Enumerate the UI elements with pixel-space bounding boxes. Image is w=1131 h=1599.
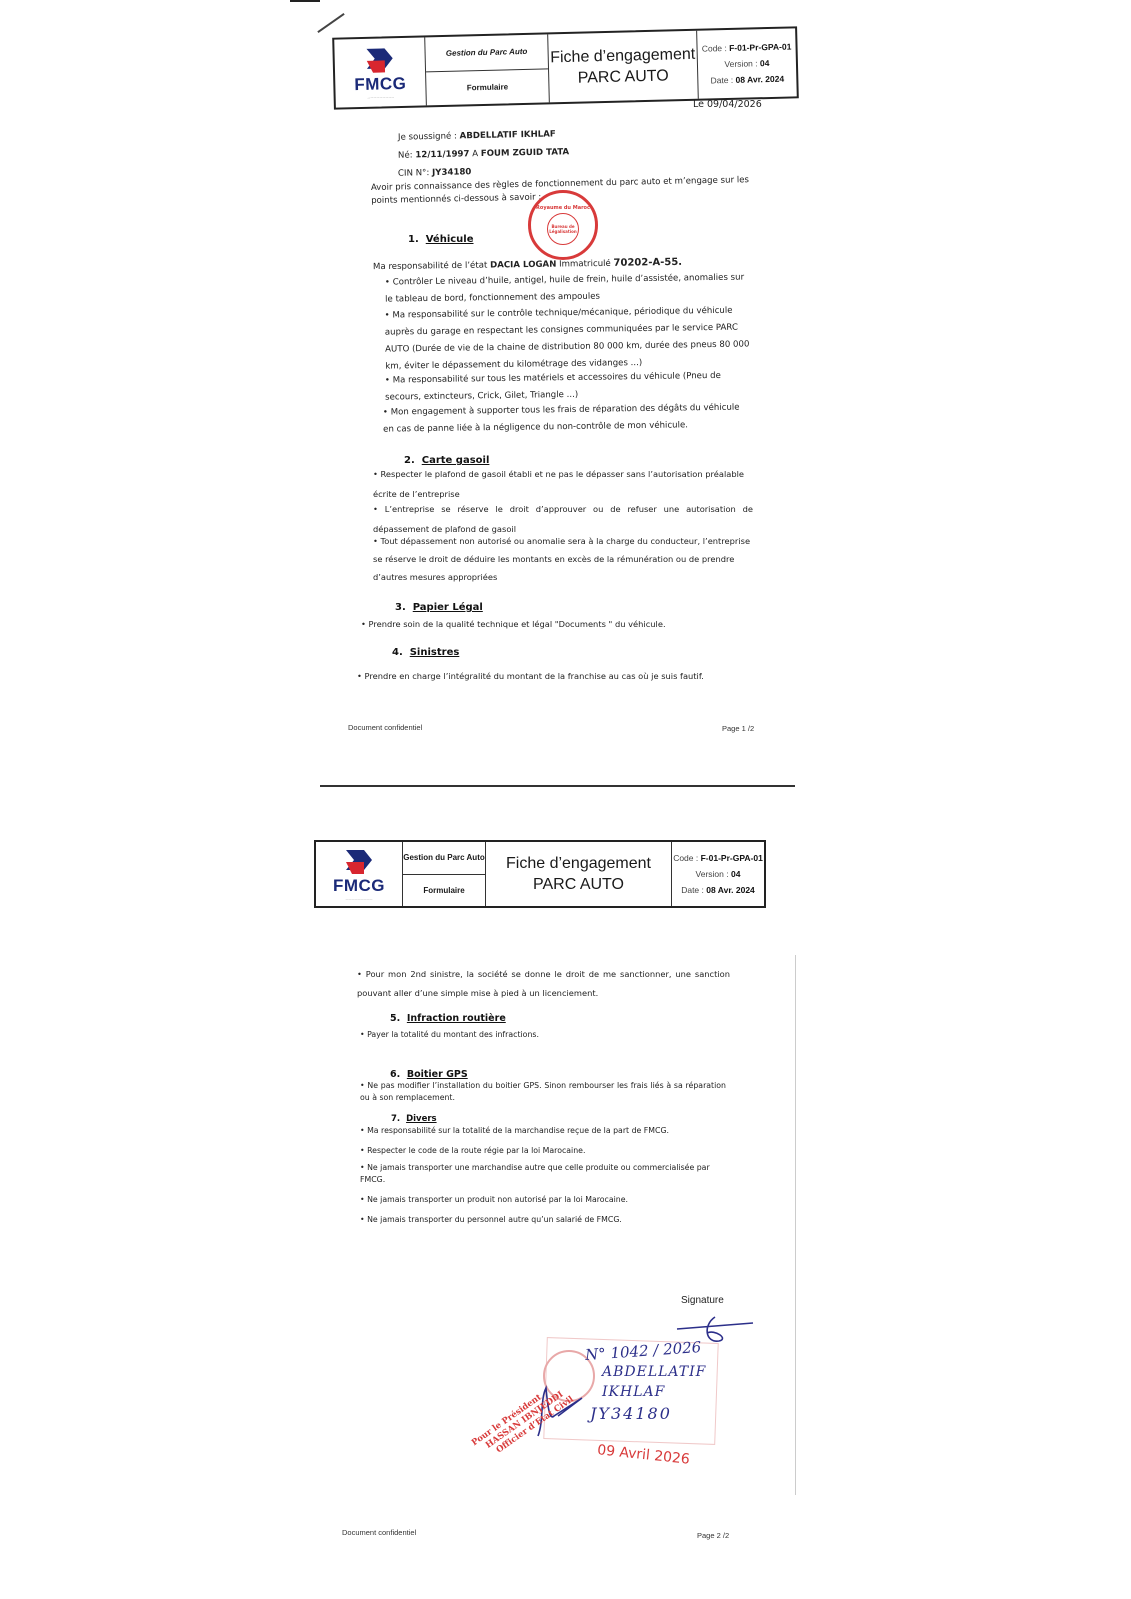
name-label: Je soussigné : <box>398 131 457 142</box>
section-5-bullet: Payer la totalité du montant des infract… <box>360 1026 740 1043</box>
company-logo: FMCG ————————— <box>316 842 403 906</box>
section-6-bullet: Ne pas modifier l’installation du boitie… <box>360 1080 726 1104</box>
section-label: Infraction routière <box>407 1013 506 1024</box>
section-1-bullet: Mon engagement à supporter tous les frai… <box>383 399 753 438</box>
footer-confidential: Document confidentiel <box>348 723 422 732</box>
title-line-1: Fiche d’engagement <box>550 44 695 69</box>
vehicle-model: DACIA LOGAN <box>490 260 556 271</box>
section-7-bullet: Ma responsabilité sur la totalité de la … <box>360 1122 740 1139</box>
section-7-bullet: Ne jamais transporter du personnel autre… <box>360 1211 740 1228</box>
handwritten-cin: JY34180 <box>590 1404 672 1423</box>
logo-text: FMCG <box>333 876 385 896</box>
footer-page-number: Page 2 /2 <box>697 1531 729 1540</box>
vehicle-prefix: Ma responsabilité de l’état <box>373 261 487 273</box>
section-4-bullet: Prendre en charge l’intégralité du monta… <box>357 668 767 685</box>
handwritten-name-1: ABDELLATIF <box>602 1364 706 1380</box>
date-label: Date : <box>710 75 733 86</box>
section-3-title: 3. Papier Légal <box>395 602 483 613</box>
handwritten-name-2: IKHLAF <box>602 1384 665 1400</box>
title-line-2: PARC AUTO <box>533 874 624 895</box>
legalisation-stamp: Royaume du Maroc Bureau de Légalisation <box>528 190 598 260</box>
footer-confidential: Document confidentiel <box>342 1528 416 1537</box>
section-label: Papier Légal <box>413 602 483 613</box>
section-label: Boitier GPS <box>407 1069 468 1080</box>
continuation-bullet: Pour mon 2nd sinistre, la société se don… <box>357 965 730 1003</box>
header-department: Gestion du Parc Auto <box>425 34 548 71</box>
section-number: 1. <box>408 234 419 245</box>
section-number: 6. <box>390 1069 400 1080</box>
cin-label: CIN N°: <box>398 168 430 179</box>
section-1-title: 1. Véhicule <box>408 234 474 245</box>
section-2-bullet: Respecter le plafond de gasoil établi et… <box>373 464 753 504</box>
footer-page-number: Page 1 /2 <box>722 724 754 733</box>
scan-mark <box>317 13 344 33</box>
date-value: 08 Avr. 2024 <box>735 74 784 85</box>
date-label: Date : <box>681 885 704 895</box>
scan-edge-right <box>795 955 796 1495</box>
section-number: 4. <box>392 647 403 658</box>
section-7-bullet: Ne jamais transporter une marchandise au… <box>360 1162 730 1186</box>
scan-edge-top <box>290 0 320 2</box>
section-5-title: 5. Infraction routière <box>390 1013 506 1024</box>
title-line-1: Fiche d’engagement <box>506 853 651 874</box>
vehicle-plate: 70202-A-55. <box>613 257 682 269</box>
code-label: Code : <box>673 853 698 863</box>
logo-arrow-icon <box>362 46 397 75</box>
section-4-title: 4. Sinistres <box>392 647 459 658</box>
document-title: Fiche d’engagement PARC AUTO <box>486 842 672 906</box>
header-department: Gestion du Parc Auto <box>403 842 485 875</box>
code-value: F-01-Pr-GPA-01 <box>729 41 791 53</box>
birth-sep: A <box>472 149 478 159</box>
code-label: Code : <box>702 43 727 54</box>
section-7-bullet: Ne jamais transporter un produit non aut… <box>360 1191 740 1208</box>
section-number: 5. <box>390 1013 400 1024</box>
stamp-inner-text: Bureau de Légalisation <box>548 224 578 234</box>
document-date: Le 09/04/2026 <box>693 96 762 113</box>
logo-tagline: ————————— <box>346 897 373 901</box>
identity-name: Je soussigné : ABDELLATIF IKHLAF <box>398 126 556 146</box>
version-value: 04 <box>731 869 740 879</box>
section-2-bullet: Tout dépassement non autorisé ou anomali… <box>373 532 755 586</box>
document-header: FMCG ————————— Gestion du Parc Auto Form… <box>314 840 766 908</box>
logo-arrow-icon <box>342 848 376 876</box>
document-meta: Code : F-01-Pr-GPA-01 Version : 04 Date … <box>672 842 764 906</box>
vehicle-middle: Immatriculé <box>559 259 611 270</box>
birth-place: FOUM ZGUID TATA <box>481 147 570 159</box>
signature-label: Signature <box>681 1292 724 1309</box>
version-value: 04 <box>760 58 770 68</box>
section-3-bullet: Prendre soin de la qualité technique et … <box>361 616 761 633</box>
section-1-bullet: Ma responsabilité sur le contrôle techni… <box>385 302 754 375</box>
section-7-bullet: Respecter le code de la route régie par … <box>360 1142 740 1159</box>
code-value: F-01-Pr-GPA-01 <box>701 853 763 863</box>
version-label: Version : <box>696 869 729 879</box>
cin-value: JY34180 <box>432 167 472 178</box>
header-form-type: Formulaire <box>426 69 549 105</box>
logo-text: FMCG <box>354 73 407 94</box>
section-6-title: 6. Boitier GPS <box>390 1069 468 1080</box>
section-label: Sinistres <box>410 647 460 658</box>
page-separator <box>320 785 795 787</box>
title-line-2: PARC AUTO <box>577 65 668 88</box>
identity-birth: Né: 12/11/1997 A FOUM ZGUID TATA <box>398 144 569 165</box>
logo-tagline: ————————— <box>367 95 394 100</box>
section-number: 3. <box>395 602 406 613</box>
document-title: Fiche d’engagement PARC AUTO <box>548 31 699 103</box>
date-stamp: 09 Avril 2026 <box>596 1442 690 1468</box>
stamp-outer-text: Royaume du Maroc <box>536 205 590 211</box>
date-value: 08 Avr. 2024 <box>706 885 755 895</box>
birth-date: 12/11/1997 <box>415 149 469 160</box>
name-value: ABDELLATIF IKHLAF <box>460 129 556 141</box>
header-form-type: Formulaire <box>403 875 485 907</box>
birth-label: Né: <box>398 150 413 160</box>
document-meta: Code : F-01-Pr-GPA-01 Version : 04 Date … <box>697 28 797 98</box>
stamp-inner: Bureau de Légalisation <box>547 213 579 245</box>
company-logo: FMCG ————————— <box>334 37 427 107</box>
version-label: Version : <box>724 58 757 69</box>
section-label: Véhicule <box>426 234 474 245</box>
